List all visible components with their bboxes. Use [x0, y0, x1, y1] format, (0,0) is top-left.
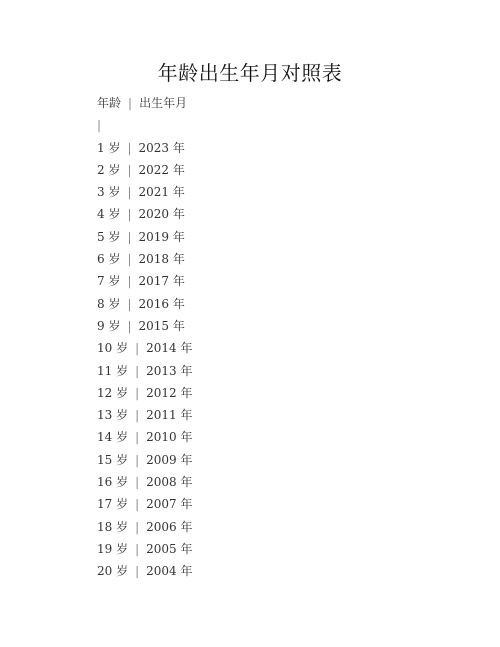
- table-row: 10 岁|2014 年: [97, 337, 193, 359]
- column-separator: |: [135, 475, 139, 489]
- age-cell: 6 岁: [97, 252, 120, 266]
- column-separator: |: [135, 497, 139, 511]
- column-separator: |: [128, 96, 132, 110]
- column-separator: |: [127, 274, 131, 288]
- birth-year-cell: 2022 年: [139, 163, 185, 177]
- table-row: 13 岁|2011 年: [97, 404, 193, 426]
- column-separator: |: [135, 430, 139, 444]
- column-separator: |: [135, 386, 139, 400]
- age-cell: 18 岁: [97, 520, 128, 534]
- age-cell: 3 岁: [97, 185, 120, 199]
- birth-year-cell: 2006 年: [146, 520, 192, 534]
- birth-year-cell: 2018 年: [139, 252, 185, 266]
- birth-year-cell: 2005 年: [146, 542, 192, 556]
- table-row: 3 岁|2021 年: [97, 181, 193, 203]
- age-header: 年龄: [97, 96, 121, 110]
- table-row: 20 岁|2004 年: [97, 560, 193, 582]
- column-separator: |: [127, 163, 131, 177]
- column-separator: |: [135, 520, 139, 534]
- age-cell: 8 岁: [97, 297, 120, 311]
- age-cell: 19 岁: [97, 542, 128, 556]
- column-separator: |: [135, 341, 139, 355]
- column-separator: |: [97, 118, 101, 132]
- table-row: 16 岁|2008 年: [97, 471, 193, 493]
- column-separator: |: [127, 185, 131, 199]
- column-separator: |: [135, 408, 139, 422]
- table-row: 7 岁|2017 年: [97, 270, 193, 292]
- table-row: 4 岁|2020 年: [97, 203, 193, 225]
- birth-year-cell: 2017 年: [139, 274, 185, 288]
- table-row: 15 岁|2009 年: [97, 449, 193, 471]
- age-cell: 15 岁: [97, 453, 128, 467]
- table-row: 6 岁|2018 年: [97, 248, 193, 270]
- age-cell: 2 岁: [97, 163, 120, 177]
- column-separator: |: [135, 364, 139, 378]
- column-separator: |: [127, 297, 131, 311]
- column-separator: |: [127, 252, 131, 266]
- birth-year-cell: 2010 年: [146, 430, 192, 444]
- age-table: 年龄|出生年月 | 1 岁|2023 年2 岁|2022 年3 岁|2021 年…: [97, 92, 193, 583]
- separator-line: |: [97, 114, 193, 136]
- column-separator: |: [135, 542, 139, 556]
- column-separator: |: [127, 207, 131, 221]
- birth-year-cell: 2019 年: [139, 230, 185, 244]
- age-cell: 16 岁: [97, 475, 128, 489]
- birth-year-cell: 2007 年: [146, 497, 192, 511]
- birth-year-cell: 2021 年: [139, 185, 185, 199]
- column-separator: |: [127, 319, 131, 333]
- age-cell: 1 岁: [97, 141, 120, 155]
- birth-year-cell: 2016 年: [139, 297, 185, 311]
- birth-year-cell: 2014 年: [146, 341, 192, 355]
- table-row: 5 岁|2019 年: [97, 226, 193, 248]
- table-header: 年龄|出生年月: [97, 92, 193, 114]
- table-row: 18 岁|2006 年: [97, 516, 193, 538]
- age-cell: 11 岁: [97, 364, 128, 378]
- birth-year-cell: 2009 年: [146, 453, 192, 467]
- table-row: 1 岁|2023 年: [97, 137, 193, 159]
- table-row: 14 岁|2010 年: [97, 426, 193, 448]
- age-cell: 13 岁: [97, 408, 128, 422]
- birth-year-cell: 2004 年: [146, 564, 192, 578]
- birth-year-cell: 2011 年: [146, 408, 192, 422]
- age-cell: 10 岁: [97, 341, 128, 355]
- birth-year-cell: 2013 年: [146, 364, 192, 378]
- age-cell: 5 岁: [97, 230, 120, 244]
- page-title: 年龄出生年月对照表: [0, 58, 500, 88]
- table-rows: 1 岁|2023 年2 岁|2022 年3 岁|2021 年4 岁|2020 年…: [97, 137, 193, 583]
- column-separator: |: [135, 564, 139, 578]
- age-cell: 17 岁: [97, 497, 128, 511]
- column-separator: |: [135, 453, 139, 467]
- table-row: 11 岁|2013 年: [97, 360, 193, 382]
- table-row: 9 岁|2015 年: [97, 315, 193, 337]
- birth-header: 出生年月: [139, 96, 187, 110]
- column-separator: |: [127, 141, 131, 155]
- table-row: 12 岁|2012 年: [97, 382, 193, 404]
- age-cell: 4 岁: [97, 207, 120, 221]
- age-cell: 9 岁: [97, 319, 120, 333]
- birth-year-cell: 2015 年: [139, 319, 185, 333]
- age-cell: 20 岁: [97, 564, 128, 578]
- age-cell: 14 岁: [97, 430, 128, 444]
- column-separator: |: [127, 230, 131, 244]
- table-row: 2 岁|2022 年: [97, 159, 193, 181]
- age-cell: 12 岁: [97, 386, 128, 400]
- birth-year-cell: 2023 年: [139, 141, 185, 155]
- table-row: 19 岁|2005 年: [97, 538, 193, 560]
- table-row: 17 岁|2007 年: [97, 493, 193, 515]
- age-cell: 7 岁: [97, 274, 120, 288]
- birth-year-cell: 2012 年: [146, 386, 192, 400]
- birth-year-cell: 2020 年: [139, 207, 185, 221]
- birth-year-cell: 2008 年: [146, 475, 192, 489]
- table-row: 8 岁|2016 年: [97, 293, 193, 315]
